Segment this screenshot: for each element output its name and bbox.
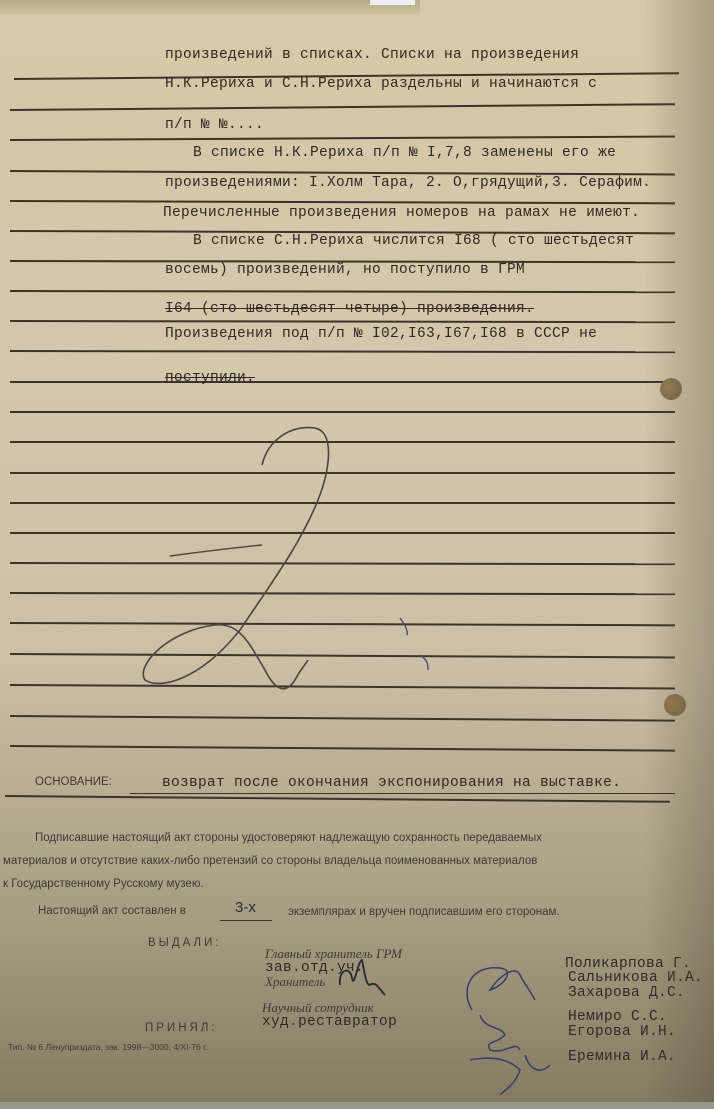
copies-count: 3-х — [235, 899, 256, 916]
signatory-name: Немиро С.С. — [568, 1009, 667, 1025]
basis-label: ОСНОВАНИЕ: — [35, 776, 112, 788]
declaration-line: к Государственному Русскому музею. — [3, 878, 204, 890]
signatory-name: Егорова И.Н. — [568, 1024, 676, 1040]
copies-underline — [220, 920, 272, 921]
signatory-name: Захарова Д.С. — [568, 985, 685, 1001]
issued-label: ВЫДАЛИ: — [148, 937, 222, 949]
printer-imprint: Тип. № 6 Ленуприздата, зак. 1998—3000, 4… — [8, 1042, 208, 1052]
signatory-name: Еремина И.А. — [568, 1049, 676, 1065]
background-surface — [0, 1102, 714, 1109]
handwritten-mark-two-icon — [0, 0, 714, 1102]
document-page: произведений в списках. Списки на произв… — [0, 0, 714, 1102]
received-label: ПРИНЯЛ: — [145, 1022, 218, 1034]
declaration-line: материалов и отсутствие каких-либо прете… — [3, 855, 537, 867]
copies-suffix: экземплярах и вручен подписавшим его сто… — [288, 906, 560, 918]
issued-role: Хранитель — [265, 974, 325, 990]
received-role: худ.реставратор — [262, 1014, 397, 1030]
declaration-line: Подписавшие настоящий акт стороны удосто… — [35, 832, 542, 844]
basis-value: возврат после окончания экспонирования н… — [162, 775, 621, 791]
punch-hole — [664, 694, 686, 716]
punch-hole — [660, 378, 682, 400]
basis-underline — [130, 793, 675, 794]
copies-prefix: Настоящий акт составлен в — [38, 905, 186, 917]
signatory-name: Сальникова И.А. — [568, 970, 703, 986]
